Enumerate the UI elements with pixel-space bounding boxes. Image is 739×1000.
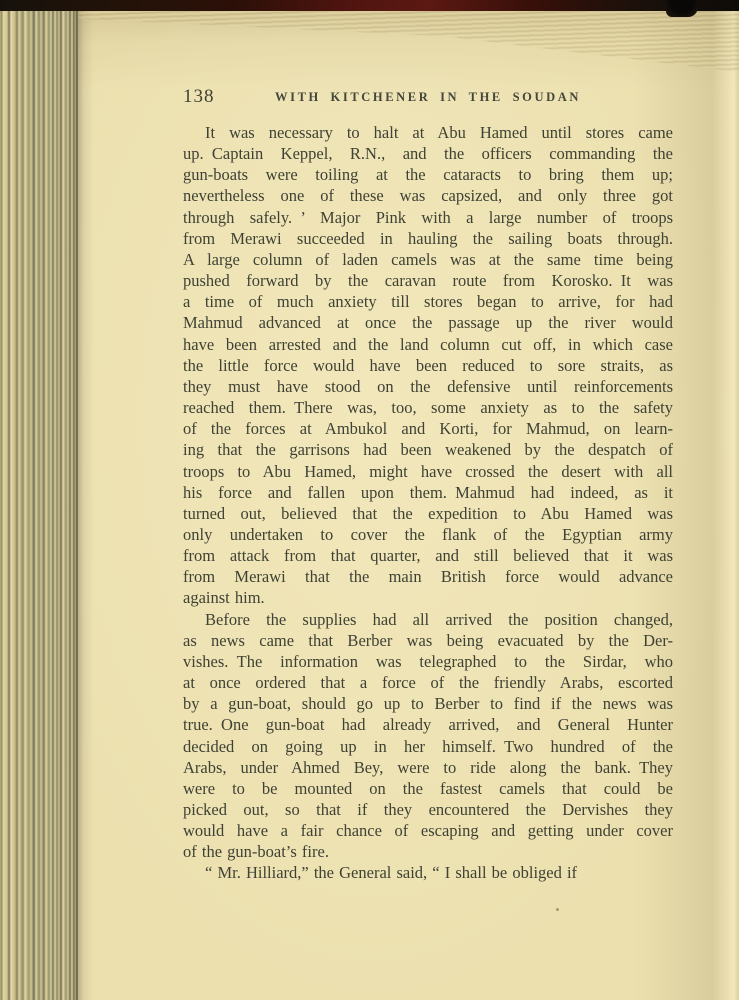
text-line: nevertheless one of these was capsized, … xyxy=(183,185,673,206)
text-line: from Merawi that the main British force … xyxy=(183,566,673,587)
text-line: A large column of laden camels was at th… xyxy=(183,249,673,270)
text-line: would have a fair chance of escaping and… xyxy=(183,820,673,841)
text-line: “ Mr. Hilliard,” the General said, “ I s… xyxy=(183,862,673,883)
text-line: a time of much anxiety till stores began… xyxy=(183,291,673,312)
text-line: as news came that Berber was being evacu… xyxy=(183,630,673,651)
text-line: the little force would have been reduced… xyxy=(183,355,673,376)
text-line: It was necessary to halt at Abu Hamed un… xyxy=(183,122,673,143)
text-line: of the forces at Ambukol and Korti, for … xyxy=(183,418,673,439)
running-head: WITH KITCHENER IN THE SOUDAN xyxy=(183,90,673,105)
left-page-edges xyxy=(0,0,78,1000)
body-text: It was necessary to halt at Abu Hamed un… xyxy=(183,122,673,884)
text-line: decided on going up in her himself. Two … xyxy=(183,736,673,757)
text-line: his force and fallen upon them. Mahmud h… xyxy=(183,482,673,503)
text-line: were to be mounted on the fastest camels… xyxy=(183,778,673,799)
book-top-notch xyxy=(666,0,698,17)
book-page-scan: 138 WITH KITCHENER IN THE SOUDAN It was … xyxy=(0,0,739,1000)
text-line: Before the supplies had all arrived the … xyxy=(183,609,673,630)
page-header: 138 WITH KITCHENER IN THE SOUDAN xyxy=(183,86,673,108)
book-page: 138 WITH KITCHENER IN THE SOUDAN It was … xyxy=(78,0,739,1000)
text-line: by a gun-boat, should go up to Berber to… xyxy=(183,693,673,714)
text-line: at once ordered that a force of the frie… xyxy=(183,672,673,693)
text-line: true. One gun-boat had already arrived, … xyxy=(183,714,673,735)
text-line: pushed forward by the caravan route from… xyxy=(183,270,673,291)
text-line: turned out, believed that the expedition… xyxy=(183,503,673,524)
text-line: have been arrested and the land column c… xyxy=(183,334,673,355)
text-line: they must have stood on the defensive un… xyxy=(183,376,673,397)
book-top-edge xyxy=(0,0,739,11)
text-line: troops to Abu Hamed, might have crossed … xyxy=(183,461,673,482)
paper-speck xyxy=(556,908,559,911)
text-line: through safely. ’ Major Pink with a larg… xyxy=(183,207,673,228)
text-line: only undertaken to cover the flank of th… xyxy=(183,524,673,545)
text-line: Mahmud advanced at once the passage up t… xyxy=(183,312,673,333)
text-line: from attack from that quarter, and still… xyxy=(183,545,673,566)
text-line: of the gun-boat’s fire. xyxy=(183,841,673,862)
text-line: against him. xyxy=(183,587,673,608)
text-line: from Merawi succeeded in hauling the sai… xyxy=(183,228,673,249)
text-line: ing that the garrisons had been weakened… xyxy=(183,439,673,460)
text-line: reached them. There was, too, some anxie… xyxy=(183,397,673,418)
top-page-edges xyxy=(78,10,739,72)
text-line: gun-boats were toiling at the cataracts … xyxy=(183,164,673,185)
text-line: vishes. The information was telegraphed … xyxy=(183,651,673,672)
text-line: Arabs, under Ahmed Bey, were to ride alo… xyxy=(183,757,673,778)
text-line: up. Captain Keppel, R.N., and the office… xyxy=(183,143,673,164)
text-line: picked out, so that if they encountered … xyxy=(183,799,673,820)
